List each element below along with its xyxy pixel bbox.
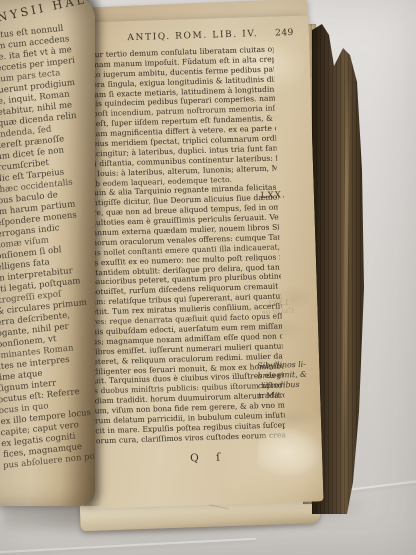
quire-signature: Q ſ — [190, 451, 227, 464]
margin-chapter-number: LXX. — [261, 190, 287, 201]
margin-note-line: tradit. — [258, 389, 318, 401]
ink-showthrough-smudge — [236, 316, 307, 344]
margin-note-sibylline: Sibyllinos li-bros emit, &cuſtodibustrad… — [257, 359, 318, 400]
running-header: ANTIQ. ROM. LIB. IV. 249 — [77, 27, 309, 44]
paper-damage-chip — [256, 426, 321, 478]
recto-page: ANTIQ. ROM. LIB. IV. 249 retur tertio de… — [76, 15, 323, 508]
running-header-title: ANTIQ. ROM. LIB. IV. — [127, 29, 258, 43]
ink-showthrough-smudge — [265, 407, 320, 429]
margin-showthrough-note: LXXI. Cui ſit de — [261, 298, 294, 317]
margin-showthrough-caption: Cui ſit de — [262, 307, 294, 317]
verso-text-block: occupatus eſt nonnullationem cum acceden… — [0, 20, 95, 472]
curled-verso-page: NYSII HALICA occupatus eſt nonnullatione… — [0, 0, 95, 506]
main-text-block: retur tertio demum conſulatu liberatam c… — [83, 45, 285, 446]
antique-book-photo: ANTIQ. ROM. LIB. IV. 249 retur tertio de… — [0, 0, 416, 555]
page-number: 249 — [275, 28, 294, 39]
backdrop-seam-left — [0, 538, 256, 555]
